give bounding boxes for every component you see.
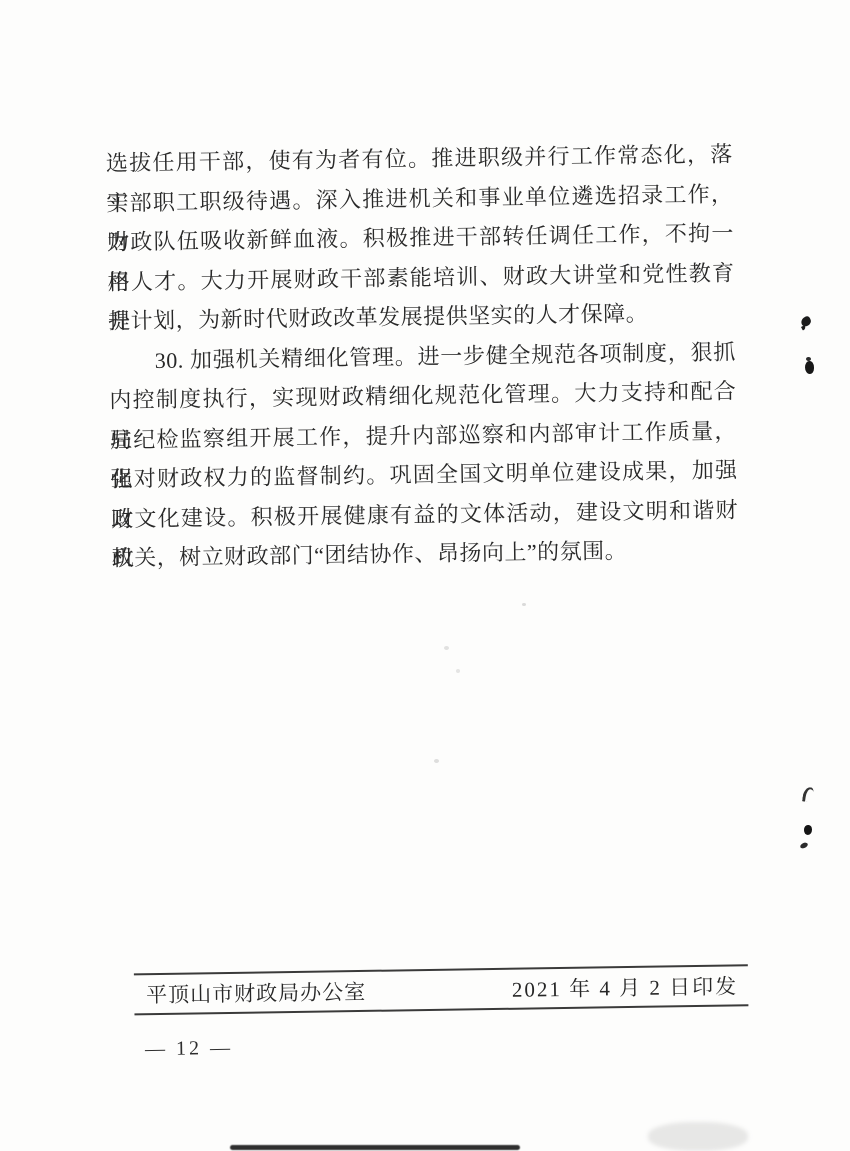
ink-speck [805, 361, 814, 374]
scan-edge-streak [230, 1145, 520, 1150]
faint-speck [522, 603, 526, 606]
scanned-sheet: 选拔任用干部，使有为者有位。推进职级并行工作常态化，落实 干部职工职级待遇。深入… [0, 0, 850, 1151]
body-text-block: 选拔任用干部，使有为者有位。推进职级并行工作常态化，落实 干部职工职级待遇。深入… [106, 134, 739, 578]
faint-speck [456, 669, 460, 673]
body-line: 机关，树立财政部门“团结协作、昂扬向上”的氛围。 [111, 529, 739, 578]
print-date-label: 2021 年 4 月 2 日印发 [512, 970, 749, 1004]
document-page: 选拔任用干部，使有为者有位。推进职级并行工作常态化，落实 干部职工职级待遇。深入… [0, 0, 850, 1151]
scan-edge-smudge [648, 1122, 748, 1151]
faint-speck [434, 759, 439, 763]
page-number: — 12 — [145, 1037, 233, 1061]
faint-speck [444, 646, 449, 650]
issuing-office-label: 平顶山市财政局办公室 [134, 976, 366, 1009]
